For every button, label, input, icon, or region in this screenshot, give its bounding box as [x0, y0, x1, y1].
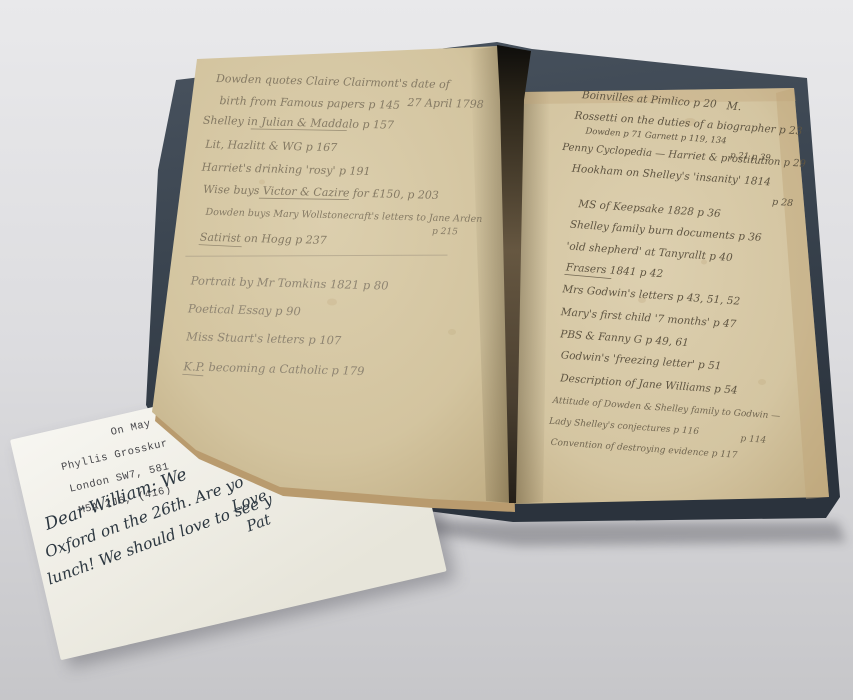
photo-of-open-book: On May 7 Phyllis Grosskur London SW7, 58…: [0, 0, 853, 700]
note-line: 27 April 1798: [406, 96, 484, 111]
book-photo-canvas: On May 7 Phyllis Grosskur London SW7, 58…: [0, 0, 853, 700]
foxing-spot: [327, 299, 337, 306]
note-line: Poetical Essay p 90: [187, 301, 301, 318]
foxing-spot: [758, 379, 766, 385]
note-line: p 215: [432, 227, 458, 238]
note-line: p 114: [740, 434, 767, 446]
note-line: p 28: [772, 197, 794, 209]
owner-initial: M.: [725, 99, 742, 113]
foxing-spot: [448, 329, 456, 335]
